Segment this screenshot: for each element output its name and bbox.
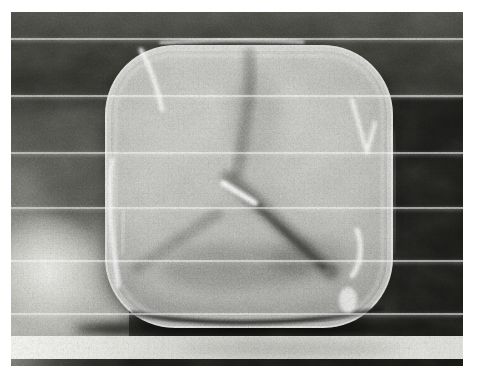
bottom-right-glint-blob	[339, 287, 357, 313]
top-right-check-highlight	[352, 100, 375, 153]
dish-detail-overlay	[11, 12, 463, 366]
halftone-photograph	[11, 12, 463, 366]
table-edge-dark-bar	[11, 359, 463, 366]
top-rim-highlight	[161, 40, 303, 43]
page	[0, 0, 480, 387]
table-edge-smudge	[181, 342, 401, 355]
bottom-right-arc-highlight	[352, 230, 360, 276]
left-rim-highlight-secondary	[122, 210, 124, 254]
left-rim-highlight	[110, 160, 118, 286]
dish-bottom-right-blotch	[269, 239, 349, 279]
top-left-comma-highlight	[141, 50, 162, 110]
right-rim-highlight	[389, 130, 393, 254]
